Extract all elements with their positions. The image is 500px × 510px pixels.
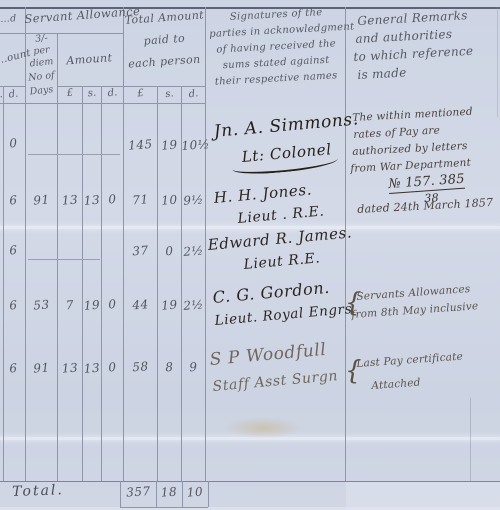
total-pounds-cell: 71 [123,192,158,208]
signature-name: Jn. A. Simmons. [213,109,359,142]
amount-pounds-cell: 13 [57,360,83,376]
remark-line: Last Pay certificate [356,351,463,370]
table-bottom-rule [0,481,500,482]
grand-total-shillings: 18 [156,484,182,500]
paper-stain [224,417,302,439]
amount-shillings-cell: 13 [82,193,102,208]
paper-edge-light [346,482,500,510]
total-box-rule [208,481,209,507]
amount-header: Amount [57,51,122,68]
amount-pounds-cell: 13 [57,192,83,208]
pound-subheader: £ [123,86,158,100]
signature-rank: Staff Asst Surgn [212,368,339,395]
table-rule [0,33,123,34]
amount-pence-cell: 0 [101,359,124,375]
amount-pence-cell: 0 [101,191,124,207]
signatures-header-line: of having received the [209,38,343,56]
grand-total-pence: 10 [182,484,208,500]
total-shillings-cell: 19 [157,137,182,153]
remarks-header-line: General Remarks [357,8,468,28]
paper-fold-line [470,398,471,481]
war-dept-note-line: authorized by letters [352,140,468,158]
days-header-line: No of [25,70,58,84]
total-box-rule [120,507,208,508]
war-dept-note-line: The within mentioned [352,106,473,124]
paper-edge-line [497,7,498,117]
remarks-header-line: is made [357,65,407,82]
total-amount-header-line: each person [123,52,206,71]
table-rule [101,86,102,481]
pence-subheader: d. [181,87,206,100]
cutoff-header-fragment: …d [0,13,17,25]
total-amount-header-line: paid to [123,30,206,49]
days-cell: 91 [27,192,56,208]
ledger-page: { "colors": { "paper": "#cfd6e4", "rule"… [0,0,500,510]
remark-line: Servants Allowances [356,283,471,303]
total-pence-cell: 9½ [181,192,206,208]
remarks-header-line: to which reference [353,44,474,64]
pence-cell: 6 [2,192,25,208]
blank-cell-dash [28,154,120,155]
signatures-header-line: their respective names [209,70,343,88]
signature-rank: Lieut . R.E. [237,203,325,227]
table-rule [0,103,205,104]
total-shillings-cell: 0 [157,243,182,259]
amount-shillings-cell: 19 [82,298,102,313]
signature-name: H. H. Jones. [213,180,313,207]
war-dept-letter-number: № 157. 385 [388,172,465,194]
total-label: Total. [12,482,64,500]
shillings-subheader: s. [157,87,182,100]
grand-total-pounds: 357 [121,484,156,500]
pence-subheader: d. [101,87,124,100]
blank-cell-dash [28,259,100,260]
table-rule [345,7,346,481]
remark-line: Attached [371,377,421,392]
amount-pounds-cell: 7 [57,297,83,313]
pence-cell: 6 [2,360,25,376]
days-header-line: Days [25,84,58,98]
days-header-line: diem [25,56,58,70]
remarks-header-line: and authorities [355,27,453,46]
total-pence-cell: 10½ [181,137,206,153]
pence-subheader: d. [4,88,23,101]
total-pounds-cell: 145 [123,137,158,153]
total-pounds-cell: 44 [123,297,158,313]
war-dept-note-date: dated 24th March 1857 [357,196,494,216]
amount-shillings-cell: 13 [82,361,102,376]
days-cell: 91 [27,360,56,376]
pence-cell: 6 [2,242,25,258]
total-pounds-cell: 37 [123,243,158,259]
war-dept-note-line: rates of Pay are [353,124,440,141]
signatures-header-line: parties in acknowledgment [209,22,343,40]
total-pence-cell: 2½ [181,297,206,313]
total-pence-cell: 9 [181,359,206,375]
pence-cell: 0 [2,135,25,151]
table-rule [205,7,206,481]
shillings-subheader: s. [82,87,102,100]
signature-name: S P Woodfull [209,340,327,370]
signatures-header-line: sums stated against [209,54,343,72]
signature-rank: Lieut. Royal Engrs [214,301,353,329]
pence-cell: 6 [2,297,25,313]
table-rule [0,86,25,87]
remark-line: from 8th May inclusive [351,300,479,321]
total-pounds-cell: 58 [123,359,158,375]
paper-crease [0,226,500,229]
total-shillings-cell: 8 [157,359,182,375]
signature-rank: Lieut R.E. [243,250,321,273]
total-shillings-cell: 19 [157,297,182,313]
table-rule [82,86,83,481]
signature-name: C. G. Gordon. [212,278,331,307]
total-pence-cell: 2½ [181,243,206,259]
total-shillings-cell: 10 [157,192,182,208]
table-rule [57,33,58,481]
amount-pence-cell: 0 [101,296,124,312]
pound-subheader: £ [57,86,83,100]
days-cell: 53 [27,297,56,313]
